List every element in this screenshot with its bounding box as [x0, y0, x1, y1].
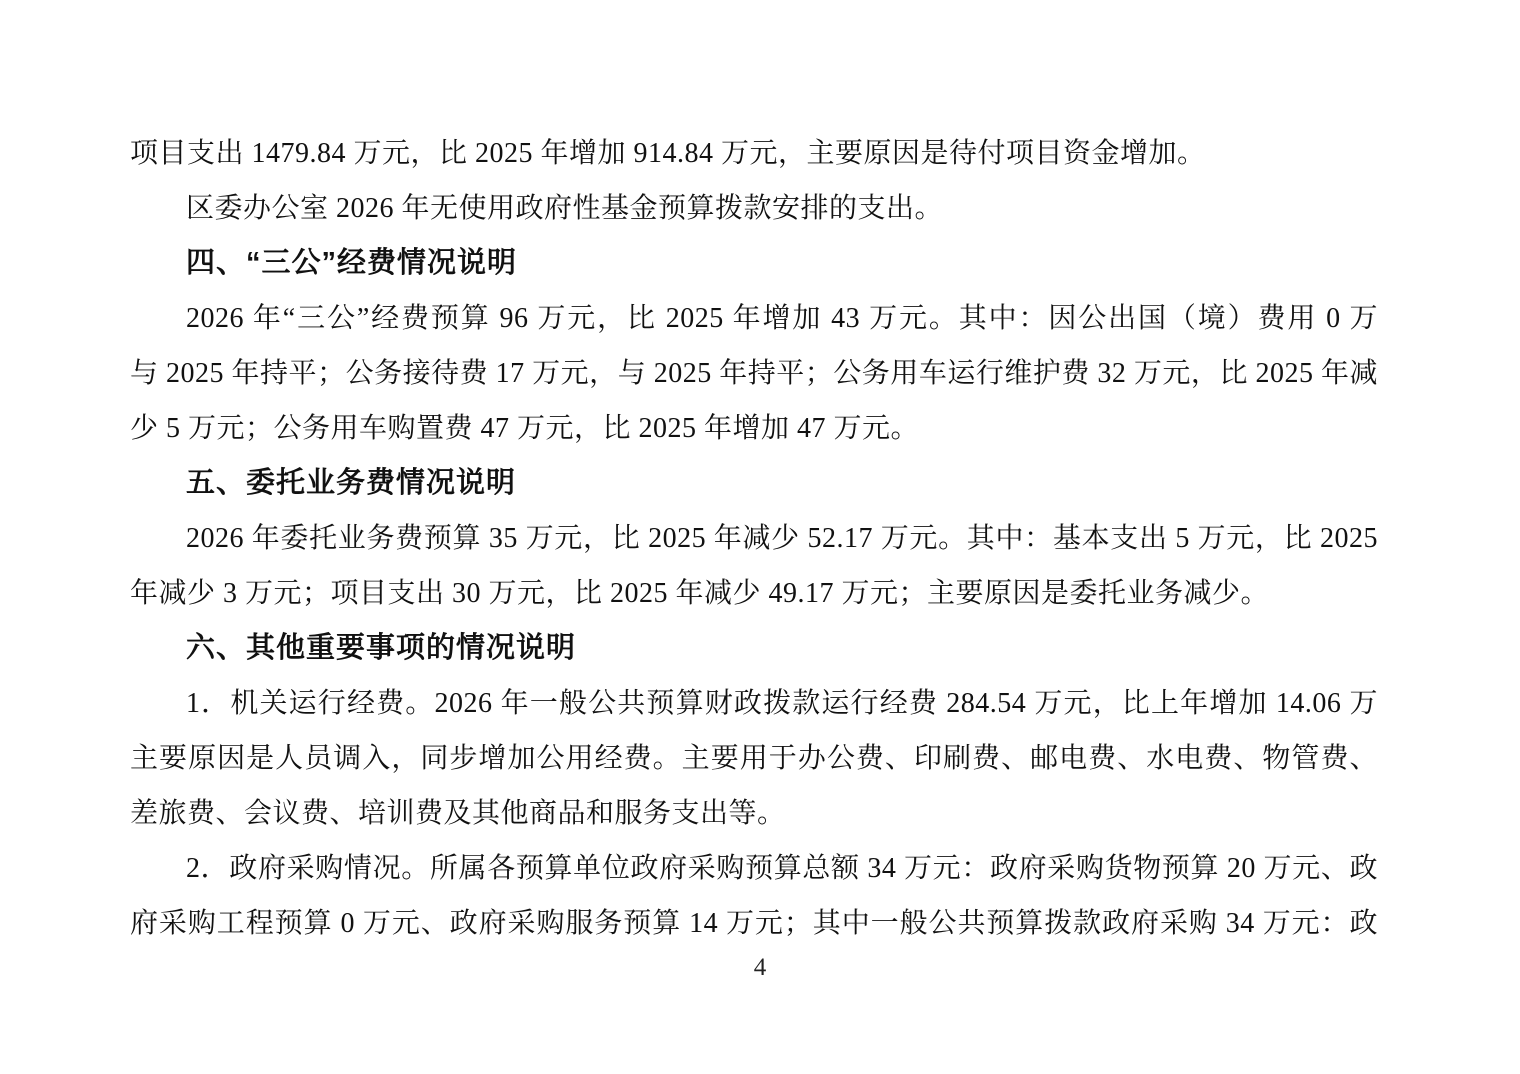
para-three-public-funds-line-3: 少 5 万元；公务用车购置费 47 万元，比 2025 年增加 47 万元。 [130, 401, 1378, 456]
para-agency-operating-costs-line-3: 差旅费、会议费、培训费及其他商品和服务支出等。 [130, 786, 1378, 841]
para-agency-operating-costs-line-2: 主要原因是人员调入，同步增加公用经费。主要用于办公费、印刷费、邮电费、水电费、物… [130, 731, 1378, 786]
para-entrusted-services-line-2: 年减少 3 万元；项目支出 30 万元，比 2025 年减少 49.17 万元；… [130, 566, 1378, 621]
para-three-public-funds-line-1: 2026 年“三公”经费预算 96 万元，比 2025 年增加 43 万元。其中… [130, 291, 1378, 346]
para-government-procurement-line-2: 府采购工程预算 0 万元、政府采购服务预算 14 万元；其中一般公共预算拨款政府… [130, 896, 1378, 951]
para-entrusted-services-line-1: 2026 年委托业务费预算 35 万元，比 2025 年减少 52.17 万元。… [130, 511, 1378, 566]
heading-section-four-three-public-funds: 四、“三公”经费情况说明 [130, 236, 1378, 291]
document-body: 项目支出 1479.84 万元，比 2025 年增加 914.84 万元，主要原… [130, 126, 1378, 951]
heading-section-six-other-important-matters: 六、其他重要事项的情况说明 [130, 621, 1378, 676]
para-no-govfund-expenditure: 区委办公室 2026 年无使用政府性基金预算拨款安排的支出。 [130, 181, 1378, 236]
page-number: 4 [0, 952, 1520, 984]
document-page: 项目支出 1479.84 万元，比 2025 年增加 914.84 万元，主要原… [0, 0, 1520, 1074]
para-project-expenditure-continuation: 项目支出 1479.84 万元，比 2025 年增加 914.84 万元，主要原… [130, 126, 1378, 181]
para-agency-operating-costs-line-1: 1．机关运行经费。2026 年一般公共预算财政拨款运行经费 284.54 万元，… [130, 676, 1378, 731]
para-government-procurement-line-1: 2．政府采购情况。所属各预算单位政府采购预算总额 34 万元：政府采购货物预算 … [130, 841, 1378, 896]
para-three-public-funds-line-2: 与 2025 年持平；公务接待费 17 万元，与 2025 年持平；公务用车运行… [130, 346, 1378, 401]
heading-section-five-entrusted-services: 五、委托业务费情况说明 [130, 456, 1378, 511]
